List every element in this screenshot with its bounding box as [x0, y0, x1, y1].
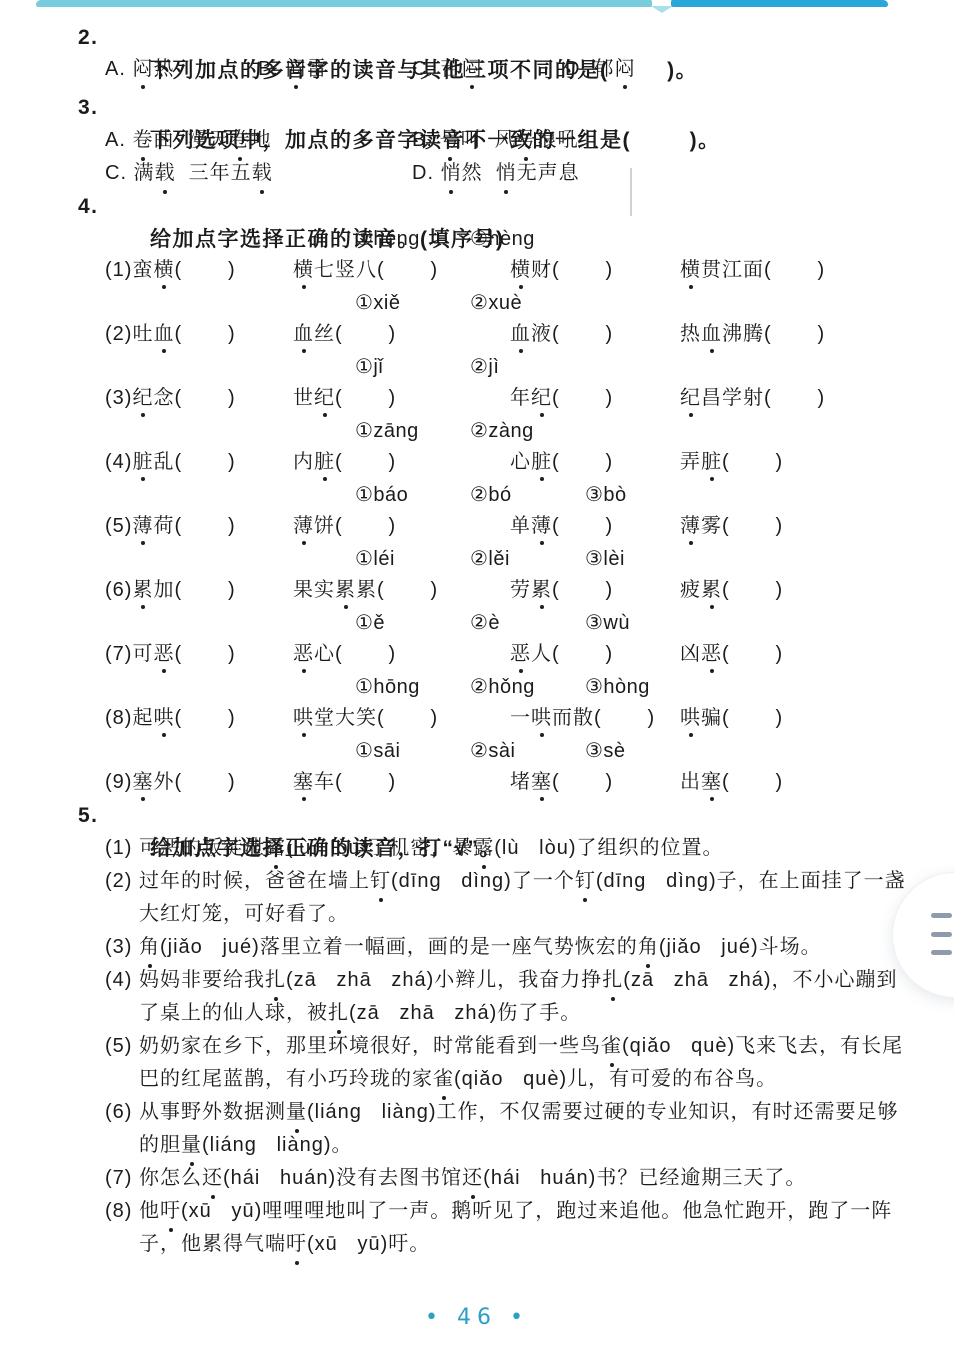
emphasis-dot-char: 纪 — [680, 383, 701, 413]
q5-item-label: (4) — [105, 964, 139, 997]
q5-sentence-line: 巴的红尾蓝鹊，有小巧玲珑的家雀(qiǎo què)儿，有可爱的布谷鸟。 — [105, 1063, 938, 1096]
emphasis-dot-char: 扎 — [265, 964, 286, 997]
emphasis-dot-char: 闷 — [462, 54, 483, 85]
q5-sentence-line: (5)奶奶家在乡下，那里环境很好，时常能看到一些鸟雀(qiǎo què)飞来飞去… — [105, 1030, 938, 1063]
emphasis-dot-char: 薄 — [531, 511, 552, 541]
emphasis-dot-char: 纪 — [132, 383, 153, 413]
q4-pinyin-option: ②sài — [470, 735, 585, 767]
emphasis-dot-char: 横 — [680, 255, 701, 285]
emphasis-dot-char: 恶 — [293, 639, 314, 669]
emphasis-dot-char: 闷 — [132, 54, 153, 85]
q4-pinyin-option: ①zāng — [355, 415, 470, 447]
q4-word-with-blank: 心脏( ) — [510, 447, 680, 479]
q4-word-with-blank: 纪昌学射( ) — [680, 383, 938, 415]
q4-word-row: (2)吐血( )血丝( )血液( )热血沸腾( ) — [105, 319, 938, 351]
q5-sentence-line: 子，他累得气喘吁(xū yū)吁。 — [105, 1228, 938, 1261]
q4-word-with-blank: 出塞( ) — [680, 767, 938, 799]
emphasis-dot-char: 号 — [439, 124, 460, 157]
q5-sentence-line: 大红灯笼，可好看了。 — [105, 898, 938, 931]
q5-sentence-line: (6)从事野外数据测量(liáng liàng)工作，不仅需要过硬的专业知识，有… — [105, 1096, 938, 1129]
hamburger-menu-icon — [931, 932, 952, 937]
q4-word-with-blank: (8)起哄( ) — [105, 703, 293, 735]
emphasis-dot-char: 露 — [265, 832, 286, 865]
emphasis-dot-char: 塞 — [293, 767, 314, 797]
q4-word-with-blank: 内脏( ) — [293, 447, 510, 479]
worksheet-page: 2.下列加点的多音字的读音与其他三项不同的是( )。 A. 闷热B. 闷雷C. … — [0, 0, 954, 1356]
emphasis-dot-char: 载 — [252, 157, 273, 190]
q4-word-with-blank: 薄雾( ) — [680, 511, 938, 543]
q5-item-label: (6) — [105, 1096, 139, 1129]
q4-pinyin-option: ②hǒng — [470, 671, 585, 703]
q4-word-with-blank: 哄堂大笑( ) — [293, 703, 510, 735]
emphasis-dot-char: 卷 — [132, 124, 153, 157]
question-3-options-grid: A. 卷曲 漫天卷地B. 号叫 风号浪吼C. 满载 三年五载D. 悄然 悄无声息 — [105, 124, 938, 190]
page-number: • 46 • — [0, 1305, 954, 1330]
q4-word-with-blank: 劳累( ) — [510, 575, 680, 607]
q4-word-with-blank: 一哄而散( ) — [510, 703, 680, 735]
emphasis-dot-char: 角 — [139, 931, 160, 964]
q4-word-with-blank: 薄饼( ) — [293, 511, 510, 543]
emphasis-dot-char: 哄 — [153, 703, 174, 733]
emphasis-dot-char: 横 — [510, 255, 531, 285]
emphasis-dot-char: 吁 — [286, 1228, 307, 1261]
emphasis-dot-char: 钉 — [575, 865, 596, 898]
emphasis-dot-char: 扎 — [602, 964, 623, 997]
q5-item-label: (8) — [105, 1195, 139, 1228]
emphasis-dot-char: 恶 — [510, 639, 531, 669]
emphasis-dot-char: 脏 — [701, 447, 722, 477]
q4-pinyin-option: ③sè — [585, 735, 700, 767]
q4-pinyin-option: ③hòng — [585, 671, 700, 703]
question-5-heading: 5.给加点字选择正确的读音，打“√”。 — [78, 799, 938, 832]
q4-pinyin-options-row: ①ě②è③wù — [105, 607, 938, 639]
question-4-heading: 4.给加点字选择正确的读音。(填序号) — [78, 190, 938, 223]
q4-pinyin-option: ①báo — [355, 479, 470, 511]
emphasis-dot-char: 哄 — [680, 703, 701, 733]
q3-option: D. 悄然 悄无声息 — [412, 157, 938, 190]
q4-word-with-blank: 疲累( ) — [680, 575, 938, 607]
emphasis-dot-char: 角 — [638, 931, 659, 964]
emphasis-dot-char: 还 — [202, 1162, 223, 1195]
q4-word-with-blank: 塞车( ) — [293, 767, 510, 799]
emphasis-dot-char: 塞 — [531, 767, 552, 797]
q4-pinyin-options-row: ①hōng②hǒng③hòng — [105, 671, 938, 703]
emphasis-dot-char: 量 — [286, 1096, 307, 1129]
emphasis-dot-char: 还 — [462, 1162, 483, 1195]
q5-item-label: (3) — [105, 931, 139, 964]
emphasis-dot-char: 血 — [293, 319, 314, 349]
q4-word-with-blank: 横七竖八( ) — [293, 255, 510, 287]
question-2-number: 2. — [78, 21, 99, 54]
emphasis-dot-char: 血 — [153, 319, 174, 349]
question-4-number: 4. — [78, 190, 99, 223]
q4-pinyin-options-row: ①xiě②xuè — [105, 287, 938, 319]
emphasis-dot-char: 雀 — [601, 1030, 622, 1063]
q4-pinyin-option: ②bó — [470, 479, 585, 511]
q4-pinyin-options-row: ①sāi②sài③sè — [105, 735, 938, 767]
emphasis-dot-char: 钉 — [370, 865, 391, 898]
top-bar-blue — [671, 0, 888, 7]
emphasis-dot-char: 闷 — [615, 54, 636, 85]
emphasis-dot-char: 露 — [473, 832, 494, 865]
q4-pinyin-option: ②xuè — [470, 287, 585, 319]
q4-word-with-blank: (6)累加( ) — [105, 575, 293, 607]
q4-word-row: (1)蛮横( )横七竖八( )横财( )横贯江面( ) — [105, 255, 938, 287]
q4-word-with-blank: 恶人( ) — [510, 639, 680, 671]
q5-item-label: (5) — [105, 1030, 139, 1063]
q4-word-with-blank: (5)薄荷( ) — [105, 511, 293, 543]
hamburger-menu-icon — [931, 913, 952, 918]
q3-option: C. 满载 三年五载 — [105, 157, 412, 190]
q4-word-row: (6)累加( )果实累累( )劳累( )疲累( ) — [105, 575, 938, 607]
q4-word-with-blank: 世纪( ) — [293, 383, 510, 415]
emphasis-dot-char: 雀 — [433, 1063, 454, 1096]
emphasis-dot-char: 累 — [701, 575, 722, 605]
q5-sentence-line: (7)你怎么还(hái huán)没有去图书馆还(hái huán)书？已经逾期… — [105, 1162, 938, 1195]
question-3-number: 3. — [78, 91, 99, 124]
emphasis-dot-char: 恶 — [701, 639, 722, 669]
emphasis-dot-char: 纪 — [314, 383, 335, 413]
q4-pinyin-option: ①jǐ — [355, 351, 470, 383]
emphasis-dot-char: 吁 — [160, 1195, 181, 1228]
q4-word-with-blank: 凶恶( ) — [680, 639, 938, 671]
emphasis-dot-char: 悄 — [496, 157, 517, 190]
q4-word-with-blank: (3)纪念( ) — [105, 383, 293, 415]
q5-item-label: (7) — [105, 1162, 139, 1195]
q4-word-with-blank: 血丝( ) — [293, 319, 510, 351]
emphasis-dot-char: 卷 — [230, 124, 251, 157]
q4-word-with-blank: 横财( ) — [510, 255, 680, 287]
question-4-title: 给加点字选择正确的读音。(填序号) — [150, 228, 505, 251]
hamburger-menu-icon — [931, 950, 952, 955]
emphasis-dot-char: 塞 — [701, 767, 722, 797]
emphasis-dot-char: 号 — [516, 124, 537, 157]
q5-sentence-line: (3)角(jiǎo jué)落里立着一幅画，画的是一座气势恢宏的角(jiǎo j… — [105, 931, 938, 964]
q4-pinyin-options-row: ①báo②bó③bò — [105, 479, 938, 511]
q4-pinyin-option: ①léi — [355, 543, 470, 575]
top-bar-cyan — [36, 0, 652, 7]
q5-sentence-line: 了桌上的仙人球，被扎(zā zhā zhá)伤了手。 — [105, 997, 938, 1030]
q4-pinyin-options-row: ①zāng②zàng — [105, 415, 938, 447]
emphasis-dot-char: 量 — [181, 1129, 202, 1162]
q4-word-row: (3)纪念( )世纪( )年纪( )纪昌学射( ) — [105, 383, 938, 415]
q4-word-with-blank: 热血沸腾( ) — [680, 319, 938, 351]
emphasis-dot-char: 薄 — [293, 511, 314, 541]
emphasis-dot-char: 薄 — [680, 511, 701, 541]
emphasis-dot-char: 塞 — [132, 767, 153, 797]
q4-word-with-blank: 横贯江面( ) — [680, 255, 938, 287]
worksheet-content: 2.下列加点的多音字的读音与其他三项不同的是( )。 A. 闷热B. 闷雷C. … — [78, 21, 938, 1261]
q4-word-with-blank: 年纪( ) — [510, 383, 680, 415]
q4-word-row: (8)起哄( )哄堂大笑( )一哄而散( )哄骗( ) — [105, 703, 938, 735]
q4-word-row: (5)薄荷( )薄饼( )单薄( )薄雾( ) — [105, 511, 938, 543]
emphasis-dot-char: 脏 — [531, 447, 552, 477]
question-4-items: ①héng②hèng(1)蛮横( )横七竖八( )横财( )横贯江面( )①xi… — [105, 223, 938, 799]
emphasis-dot-char: 哄 — [293, 703, 314, 733]
emphasis-dot-char: 累 — [335, 575, 356, 605]
q4-pinyin-option: ①sāi — [355, 735, 470, 767]
q4-word-row: (9)塞外( )塞车( )堵塞( )出塞( ) — [105, 767, 938, 799]
q4-word-row: (4)脏乱( )内脏( )心脏( )弄脏( ) — [105, 447, 938, 479]
emphasis-dot-char: 血 — [510, 319, 531, 349]
q4-pinyin-option: ②zàng — [470, 415, 585, 447]
q5-sentence-line: (4)妈妈非要给我扎(zā zhā zhá)小辫儿，我奋力挣扎(zā zhā z… — [105, 964, 938, 997]
emphasis-dot-char: 脏 — [132, 447, 153, 477]
q4-word-with-blank: (9)塞外( ) — [105, 767, 293, 799]
emphasis-dot-char: 闷 — [285, 54, 306, 85]
q4-word-with-blank: (4)脏乱( ) — [105, 447, 293, 479]
q4-pinyin-option: ①xiě — [355, 287, 470, 319]
q4-pinyin-option: ②lěi — [470, 543, 585, 575]
emphasis-dot-char: 恶 — [153, 639, 174, 669]
q4-pinyin-option: ②jì — [470, 351, 585, 383]
q4-pinyin-option: ②è — [470, 607, 585, 639]
q4-word-with-blank: 果实累累( ) — [293, 575, 510, 607]
emphasis-dot-char: 横 — [153, 255, 174, 285]
emphasis-dot-char: 悄 — [441, 157, 462, 190]
question-2-heading: 2.下列加点的多音字的读音与其他三项不同的是( )。 — [78, 21, 938, 54]
q4-pinyin-options-row: ①jǐ②jì — [105, 351, 938, 383]
q4-pinyin-options-row: ①léi②lěi③lèi — [105, 543, 938, 575]
q4-word-with-blank: 单薄( ) — [510, 511, 680, 543]
question-5-items: (1)可恶的叛徒泄露(lù lòu)了机密，暴露(lù lòu)了组织的位置。(… — [105, 832, 938, 1261]
q4-word-with-blank: 堵塞( ) — [510, 767, 680, 799]
emphasis-dot-char: 纪 — [531, 383, 552, 413]
emphasis-dot-char: 累 — [132, 575, 153, 605]
q4-pinyin-option: ③bò — [585, 479, 700, 511]
q4-word-with-blank: 哄骗( ) — [680, 703, 938, 735]
q4-pinyin-option: ①ě — [355, 607, 470, 639]
q4-word-with-blank: (7)可恶( ) — [105, 639, 293, 671]
emphasis-dot-char: 脏 — [314, 447, 335, 477]
q4-pinyin-option: ③wù — [585, 607, 700, 639]
emphasis-dot-char: 累 — [531, 575, 552, 605]
q4-pinyin-option: ①hōng — [355, 671, 470, 703]
q5-sentence-line: 的胆量(liáng liàng)。 — [105, 1129, 938, 1162]
q4-word-with-blank: 血液( ) — [510, 319, 680, 351]
q5-sentence-line: (8)他吁(xū yū)哩哩哩地叫了一声。鹅听见了，跑过来追他。他急忙跑开，跑了… — [105, 1195, 938, 1228]
q4-word-with-blank: (2)吐血( ) — [105, 319, 293, 351]
question-3-heading: 3.下列选项中，加点的多音字读音不一致的一组是( )。 — [78, 91, 938, 124]
emphasis-dot-char: 载 — [155, 157, 176, 190]
emphasis-dot-char: 血 — [701, 319, 722, 349]
top-bar-notch — [651, 6, 673, 13]
emphasis-dot-char: 薄 — [132, 511, 153, 541]
q5-sentence-line: (2)过年的时候，爸爸在墙上钉(dīng dìng)了一个钉(dīng dìng… — [105, 865, 938, 898]
q4-word-row: (7)可恶( )恶心( )恶人( )凶恶( ) — [105, 639, 938, 671]
q4-word-with-blank: 弄脏( ) — [680, 447, 938, 479]
emphasis-dot-char: 哄 — [531, 703, 552, 733]
q4-pinyin-option: ③lèi — [585, 543, 700, 575]
q4-word-with-blank: 恶心( ) — [293, 639, 510, 671]
question-5-number: 5. — [78, 799, 99, 832]
question-5-title: 给加点字选择正确的读音，打“√”。 — [150, 837, 502, 860]
emphasis-dot-char: 扎 — [328, 997, 349, 1030]
emphasis-dot-char: 横 — [293, 255, 314, 285]
